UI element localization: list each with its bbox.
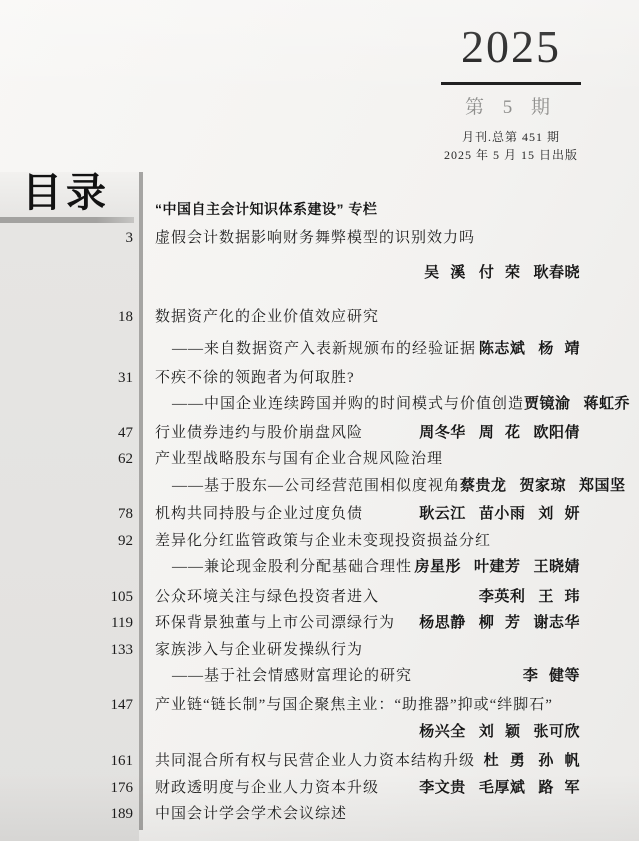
author-name: 杨思静 <box>419 613 466 633</box>
article-title: 家族涉入与企业研发操纵行为 <box>155 640 363 660</box>
page-number: 62 <box>0 449 133 469</box>
page-number: 119 <box>0 613 133 633</box>
page-number: 31 <box>0 368 133 388</box>
author-name: 杜 勇 <box>484 751 526 771</box>
page-number: 78 <box>0 504 133 524</box>
author-name: 张可欣 <box>533 722 580 742</box>
article-title: 财政透明度与企业人力资本升级 <box>155 778 379 798</box>
article-title: 环保背景独董与上市公司漂绿行为 <box>155 613 395 633</box>
page-number: 133 <box>0 640 133 660</box>
page-number: 147 <box>0 695 133 715</box>
toc-row: 47行业债券违约与股价崩盘风险周冬华周 花欧阳倩 <box>0 423 580 443</box>
article-title: 虚假会计数据影响财务舞弊模型的识别效力吗 <box>155 228 475 248</box>
author-name: 李文贵 <box>419 778 466 798</box>
article-authors: 李 健等 <box>523 666 580 686</box>
article-title: 产业链“链长制”与国企聚焦主业：“助推器”抑或“绊脚石” <box>155 695 553 715</box>
author-name: 谢志华 <box>533 613 580 633</box>
article-subtitle: ——来自数据资产入表新规颁布的经验证据 <box>172 339 476 359</box>
toc-row: ——基于股东—公司经营范围相似度视角蔡贵龙贺家琼郑国坚 <box>0 476 580 496</box>
article-title: 中国会计学会学术会议综述 <box>155 804 347 824</box>
author-name: 柳 芳 <box>479 613 521 633</box>
toc-row: 吴 溪付 荣耿春晓 <box>0 263 580 283</box>
page-number: 47 <box>0 423 133 443</box>
toc-row: 62产业型战略股东与国有企业合规风险治理 <box>0 449 580 469</box>
toc-row: 119环保背景独董与上市公司漂绿行为杨思静柳 芳谢志华 <box>0 613 580 633</box>
author-name: 陈志斌 <box>479 339 526 359</box>
author-name: 王晓婧 <box>533 557 580 577</box>
article-title: 产业型战略股东与国有企业合规风险治理 <box>155 449 443 469</box>
article-authors: 杜 勇孙 帆 <box>484 751 580 771</box>
toc-row: ——兼论现金股利分配基础合理性房星彤叶建芳王晓婧 <box>0 557 580 577</box>
article-authors: 房星彤叶建芳王晓婧 <box>414 557 580 577</box>
article-authors: 李英利王 玮 <box>479 587 580 607</box>
toc-row: ——中国企业连续跨国并购的时间模式与价值创造贾镜渝蒋虹乔 <box>0 394 580 414</box>
author-name: 周冬华 <box>419 423 466 443</box>
toc-row: 161共同混合所有权与民营企业人力资本结构升级杜 勇孙 帆 <box>0 751 580 771</box>
page-number: 189 <box>0 804 133 824</box>
article-authors: 吴 溪付 荣耿春晓 <box>424 263 580 283</box>
article-title: 公众环境关注与绿色投资者进入 <box>155 587 379 607</box>
toc-row: ——来自数据资产入表新规颁布的经验证据陈志斌杨 靖 <box>0 339 580 359</box>
article-title: 行业债券违约与股价崩盘风险 <box>155 423 363 443</box>
toc-row: 147产业链“链长制”与国企聚焦主业：“助推器”抑或“绊脚石” <box>0 695 580 715</box>
toc-row: 133家族涉入与企业研发操纵行为 <box>0 640 580 660</box>
section-heading: “中国自主会计知识体系建设” 专栏 <box>155 199 377 219</box>
toc-row: 189中国会计学会学术会议综述 <box>0 804 580 824</box>
author-name: 欧阳倩 <box>533 423 580 443</box>
author-name: 杨兴全 <box>419 722 466 742</box>
page-number: 176 <box>0 778 133 798</box>
article-authors: 周冬华周 花欧阳倩 <box>419 423 580 443</box>
author-name: 王 玮 <box>538 587 580 607</box>
author-name: 贺家琼 <box>520 476 567 496</box>
author-name: 杨 靖 <box>538 339 580 359</box>
author-name: 孙 帆 <box>538 751 580 771</box>
page-number: 3 <box>0 228 133 248</box>
toc-row: 3虚假会计数据影响财务舞弊模型的识别效力吗 <box>0 228 580 248</box>
page-number: 161 <box>0 751 133 771</box>
author-name: 毛厚斌 <box>479 778 526 798</box>
author-name: 刘 妍 <box>538 504 580 524</box>
toc-row: “中国自主会计知识体系建设” 专栏 <box>0 199 580 219</box>
author-name: 耿云江 <box>419 504 466 524</box>
author-name: 吴 溪 <box>424 263 466 283</box>
toc-row: ——基于社会情感财富理论的研究李 健等 <box>0 666 580 686</box>
author-name: 贾镜渝 <box>524 394 571 414</box>
toc-row: 78机构共同持股与企业过度负债耿云江苗小雨刘 妍 <box>0 504 580 524</box>
article-authors: 陈志斌杨 靖 <box>479 339 580 359</box>
author-name: 李 健等 <box>523 666 580 686</box>
article-subtitle: ——基于社会情感财富理论的研究 <box>172 666 412 686</box>
toc-row: 18数据资产化的企业价值效应研究 <box>0 307 580 327</box>
article-authors: 耿云江苗小雨刘 妍 <box>419 504 580 524</box>
article-title: 不疾不徐的领跑者为何取胜? <box>155 368 355 388</box>
toc-row: 杨兴全刘 颖张可欣 <box>0 722 580 742</box>
author-name: 房星彤 <box>414 557 461 577</box>
author-name: 周 花 <box>479 423 521 443</box>
toc-row: 105公众环境关注与绿色投资者进入李英利王 玮 <box>0 587 580 607</box>
article-title: 数据资产化的企业价值效应研究 <box>155 307 379 327</box>
author-name: 蒋虹乔 <box>584 394 631 414</box>
author-name: 刘 颖 <box>479 722 521 742</box>
toc-row: 92差异化分红监管政策与企业未变现投资损益分红 <box>0 531 580 551</box>
article-authors: 杨兴全刘 颖张可欣 <box>419 722 580 742</box>
article-title: 机构共同持股与企业过度负债 <box>155 504 363 524</box>
article-subtitle: ——兼论现金股利分配基础合理性 <box>172 557 412 577</box>
toc-rows: “中国自主会计知识体系建设” 专栏3虚假会计数据影响财务舞弊模型的识别效力吗吴 … <box>0 0 639 841</box>
toc-row: 176财政透明度与企业人力资本升级李文贵毛厚斌路 军 <box>0 778 580 798</box>
article-authors: 贾镜渝蒋虹乔 <box>524 394 630 414</box>
author-name: 蔡贵龙 <box>460 476 507 496</box>
author-name: 耿春晓 <box>533 263 580 283</box>
article-authors: 李文贵毛厚斌路 军 <box>419 778 580 798</box>
toc-row: 31不疾不徐的领跑者为何取胜? <box>0 368 580 388</box>
page-number: 105 <box>0 587 133 607</box>
article-subtitle: ——中国企业连续跨国并购的时间模式与价值创造 <box>172 394 524 414</box>
author-name: 郑国坚 <box>579 476 626 496</box>
article-authors: 蔡贵龙贺家琼郑国坚 <box>460 476 626 496</box>
article-title: 差异化分红监管政策与企业未变现投资损益分红 <box>155 531 491 551</box>
author-name: 叶建芳 <box>474 557 521 577</box>
article-authors: 杨思静柳 芳谢志华 <box>419 613 580 633</box>
author-name: 付 荣 <box>479 263 521 283</box>
article-subtitle: ——基于股东—公司经营范围相似度视角 <box>172 476 460 496</box>
author-name: 苗小雨 <box>479 504 526 524</box>
author-name: 路 军 <box>538 778 580 798</box>
author-name: 李英利 <box>479 587 526 607</box>
article-title: 共同混合所有权与民营企业人力资本结构升级 <box>155 751 475 771</box>
page-number: 18 <box>0 307 133 327</box>
page-number: 92 <box>0 531 133 551</box>
